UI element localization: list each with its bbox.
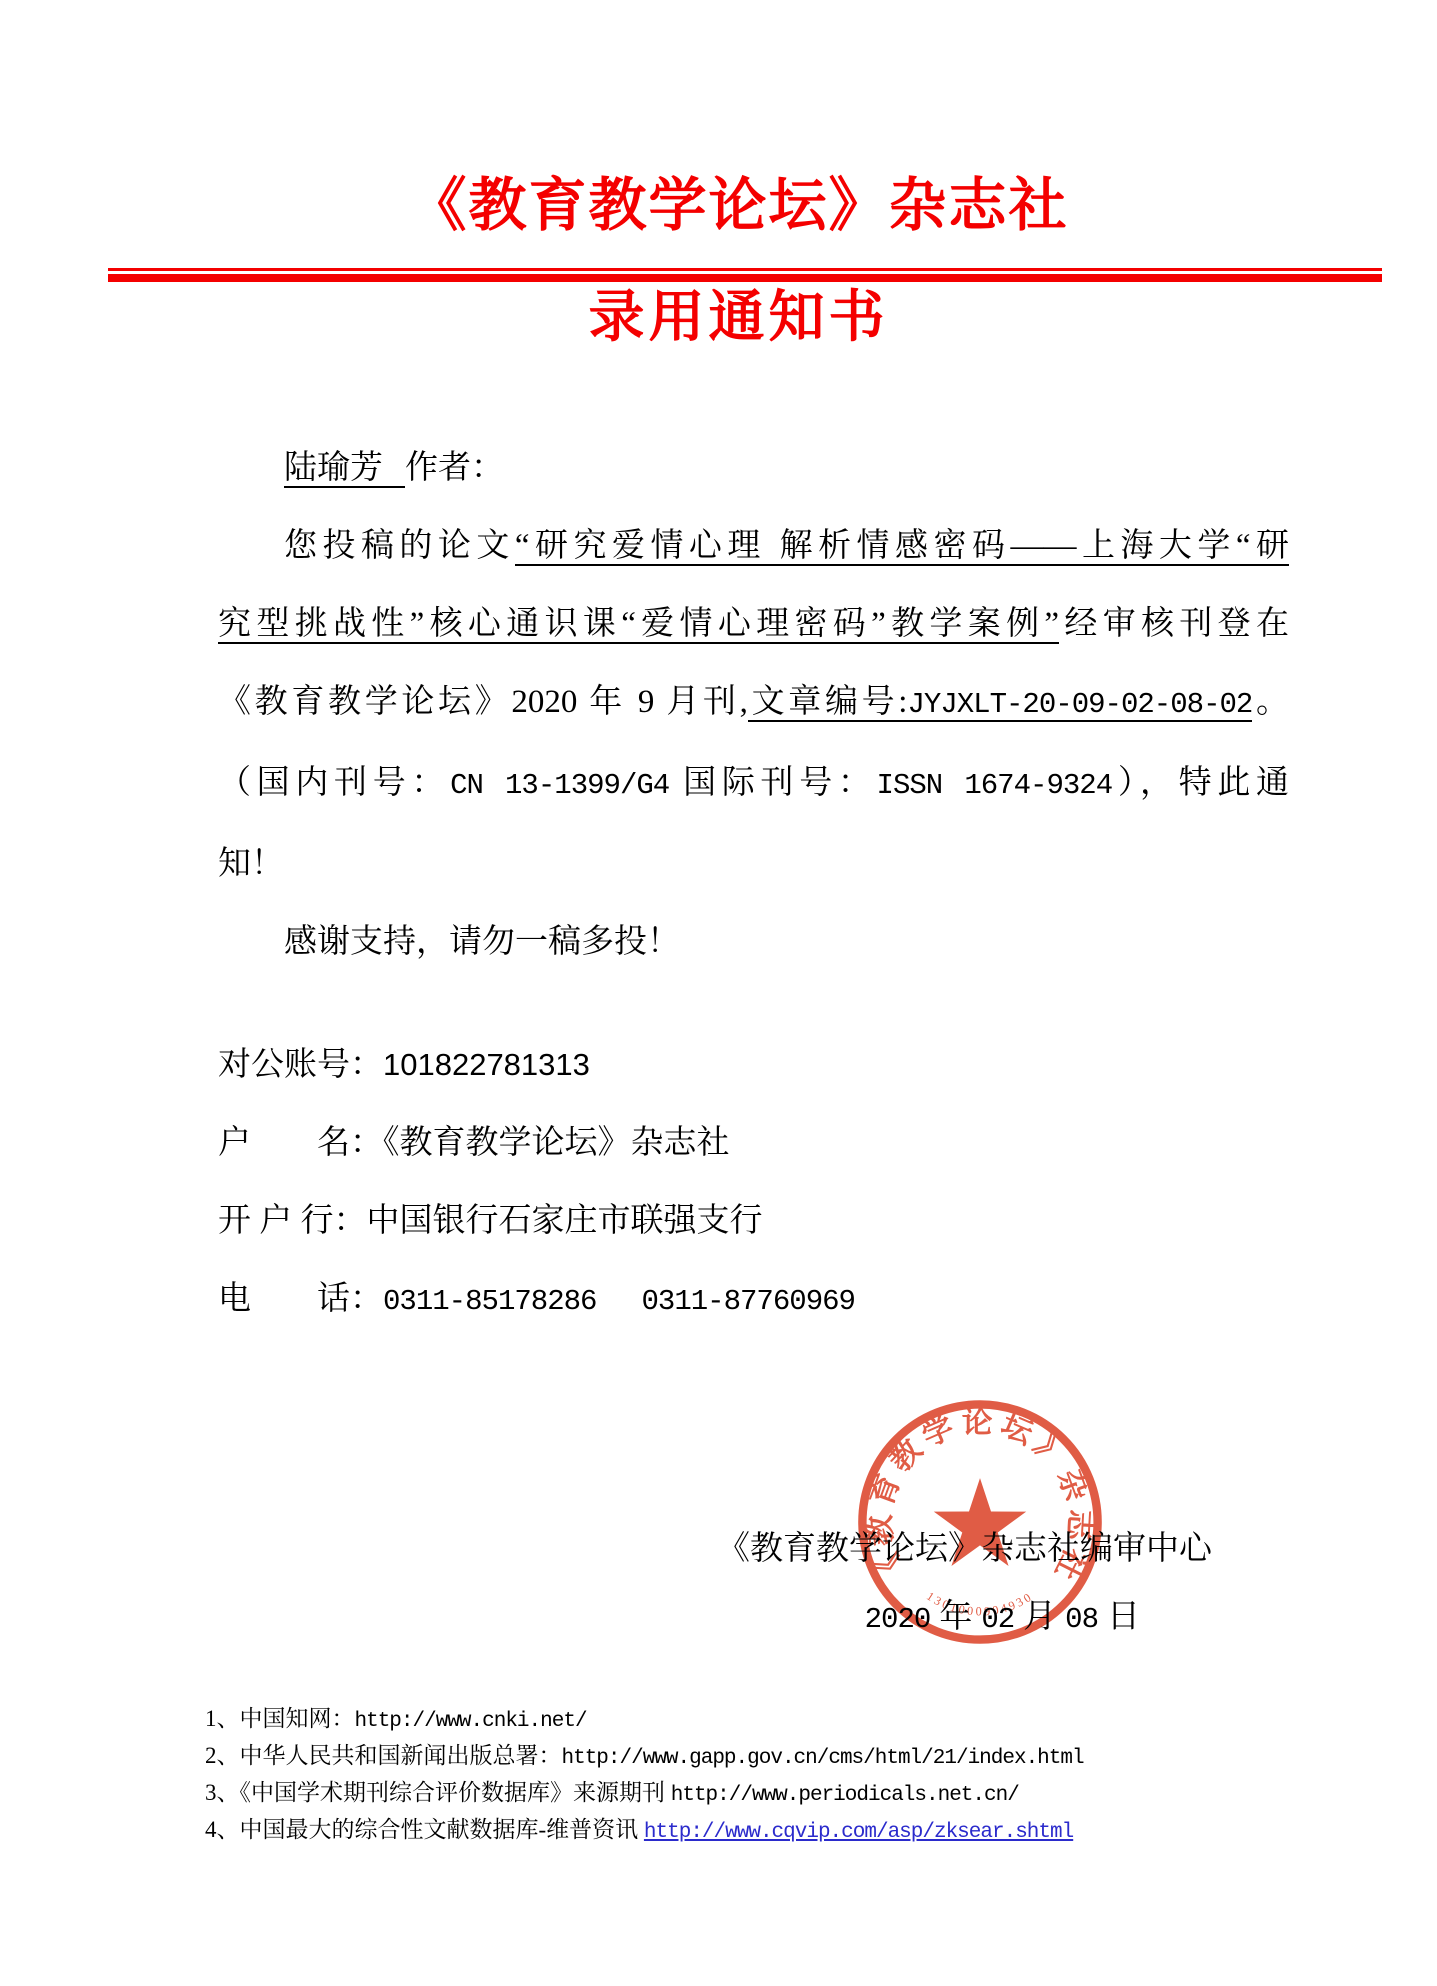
account-name-value: 《教育教学论坛》杂志社: [383, 1125, 730, 1161]
footer-item-2-num: 2、: [205, 1743, 240, 1768]
phone-number-2: 0311-87760969: [641, 1285, 854, 1318]
footer-item-3-text: 《中国学术期刊综合评价数据库》来源期刊: [240, 1780, 671, 1805]
account-name-label: 户 名：: [218, 1125, 383, 1161]
date-month-label: 月: [1023, 1599, 1056, 1635]
paragraph-line-5: 知！: [218, 825, 1289, 903]
footer-item-4-text: 中国最大的综合性文献数据库-维普资讯: [240, 1817, 644, 1842]
double-rule-divider: [108, 268, 1382, 282]
paper-title-part-1: “研究爱情心理 解析情感密码——上海大学“研: [515, 528, 1289, 566]
p1-period: 。: [1252, 684, 1289, 720]
journal-issue: 《教育教学论坛》2020 年 9 月刊,: [218, 684, 748, 720]
date-day-label: 日: [1107, 1599, 1140, 1635]
footer-item-3-url: http://www.periodicals.net.cn/: [671, 1784, 1019, 1807]
bank-branch-label: 开 户 行：: [218, 1203, 367, 1239]
thanks-line: 感谢支持，请勿一稿多投！: [218, 903, 1289, 981]
rule-thick-line: [108, 274, 1382, 282]
paragraph-line-1: 您投稿的论文“研究爱情心理 解析情感密码——上海大学“研: [218, 507, 1289, 585]
salutation-line: 陆瑜芳作者：: [218, 429, 1289, 507]
cqvip-link[interactable]: http://www.cqvip.com/asp/zksear.shtml: [644, 1821, 1073, 1844]
account-number-value: 101822781313: [383, 1047, 590, 1082]
paragraph-line-4: （国内刊号：CN 13-1399/G4 国际刊号：ISSN 1674-9324）…: [218, 744, 1289, 825]
signature-date: 2020年02月08日: [0, 1587, 1212, 1650]
letter-body: 陆瑜芳作者： 您投稿的论文“研究爱情心理 解析情感密码——上海大学“研 究型挑战…: [218, 429, 1289, 981]
date-year-label: 年: [939, 1599, 972, 1635]
cn-label: （国内刊号：: [218, 765, 450, 801]
phone-label: 电 话：: [218, 1281, 383, 1317]
phone-row: 电 话：0311-851782860311-87760969: [218, 1260, 1289, 1341]
footer-item-1: 1、中国知网：http://www.cnki.net/: [205, 1702, 1357, 1739]
footer-item-4-num: 4、: [205, 1817, 240, 1842]
footer-item-3-num: 3、: [205, 1780, 240, 1805]
date-month: 02: [981, 1603, 1014, 1636]
bank-branch-value: 中国银行石家庄市联强支行: [367, 1203, 763, 1239]
footer-item-3: 3、《中国学术期刊综合评价数据库》来源期刊 http://www.periodi…: [205, 1776, 1357, 1813]
phone-number-1: 0311-85178286: [383, 1285, 596, 1318]
paragraph-line-3: 《教育教学论坛》2020 年 9 月刊,文章编号:JYJXLT-20-09-02…: [218, 663, 1289, 744]
article-code-label: 文章编号:: [748, 684, 908, 720]
article-code: 文章编号:JYJXLT-20-09-02-08-02: [748, 684, 1252, 722]
footer-links: 1、中国知网：http://www.cnki.net/ 2、中华人民共和国新闻出…: [205, 1702, 1357, 1850]
p1-lead: 您投稿的论文: [284, 528, 515, 564]
footer-item-4: 4、中国最大的综合性文献数据库-维普资讯 http://www.cqvip.co…: [205, 1813, 1357, 1850]
article-code-value: JYJXLT-20-09-02-08-02: [907, 688, 1252, 721]
p1-mid: 经审核刊登在: [1059, 606, 1289, 642]
signature-organization: 《教育教学论坛》杂志社编审中心: [0, 1519, 1212, 1579]
footer-item-1-text: 中国知网：: [240, 1706, 355, 1731]
page-subtitle: 录用通知书: [0, 287, 1437, 349]
issn-label: 国际刊号：: [669, 765, 876, 801]
signoff-block: 《教育教学论坛》杂志社编审中心 2020年02月08日: [0, 1519, 1212, 1650]
paragraph-line-2: 究型挑战性”核心通识课“爱情心理密码”教学案例”经审核刊登在: [218, 585, 1289, 663]
footer-item-2-text: 中华人民共和国新闻出版总署：: [240, 1743, 562, 1768]
page-title: 《教育教学论坛》杂志社: [0, 0, 1437, 246]
cn-number: CN 13-1399/G4: [450, 769, 669, 802]
acceptance-letter-page: 《教育教学论坛》杂志社 录用通知书 陆瑜芳作者： 您投稿的论文“研究爱情心理 解…: [0, 0, 1437, 1986]
account-name-row: 户 名：《教育教学论坛》杂志社: [218, 1104, 1289, 1182]
account-number-label: 对公账号：: [218, 1047, 383, 1083]
date-year: 2020: [865, 1603, 931, 1636]
paper-title-part-2: 究型挑战性”核心通识课“爱情心理密码”教学案例”: [218, 606, 1059, 644]
footer-item-2-url: http://www.gapp.gov.cn/cms/html/21/index…: [562, 1747, 1084, 1770]
bank-account-block: 对公账号：101822781313 户 名：《教育教学论坛》杂志社 开 户 行：…: [218, 1026, 1289, 1341]
bank-branch-row: 开 户 行：中国银行石家庄市联强支行: [218, 1182, 1289, 1260]
issn-number: ISSN 1674-9324: [877, 769, 1113, 802]
footer-item-2: 2、中华人民共和国新闻出版总署：http://www.gapp.gov.cn/c…: [205, 1739, 1357, 1776]
account-number-row: 对公账号：101822781313: [218, 1026, 1289, 1104]
footer-item-1-num: 1、: [205, 1706, 240, 1731]
p1-tail: ），特此通: [1112, 765, 1289, 801]
footer-item-1-url: http://www.cnki.net/: [355, 1710, 587, 1733]
date-day: 08: [1065, 1603, 1098, 1636]
author-name: 陆瑜芳: [284, 450, 405, 488]
salutation-suffix: 作者：: [405, 450, 504, 486]
